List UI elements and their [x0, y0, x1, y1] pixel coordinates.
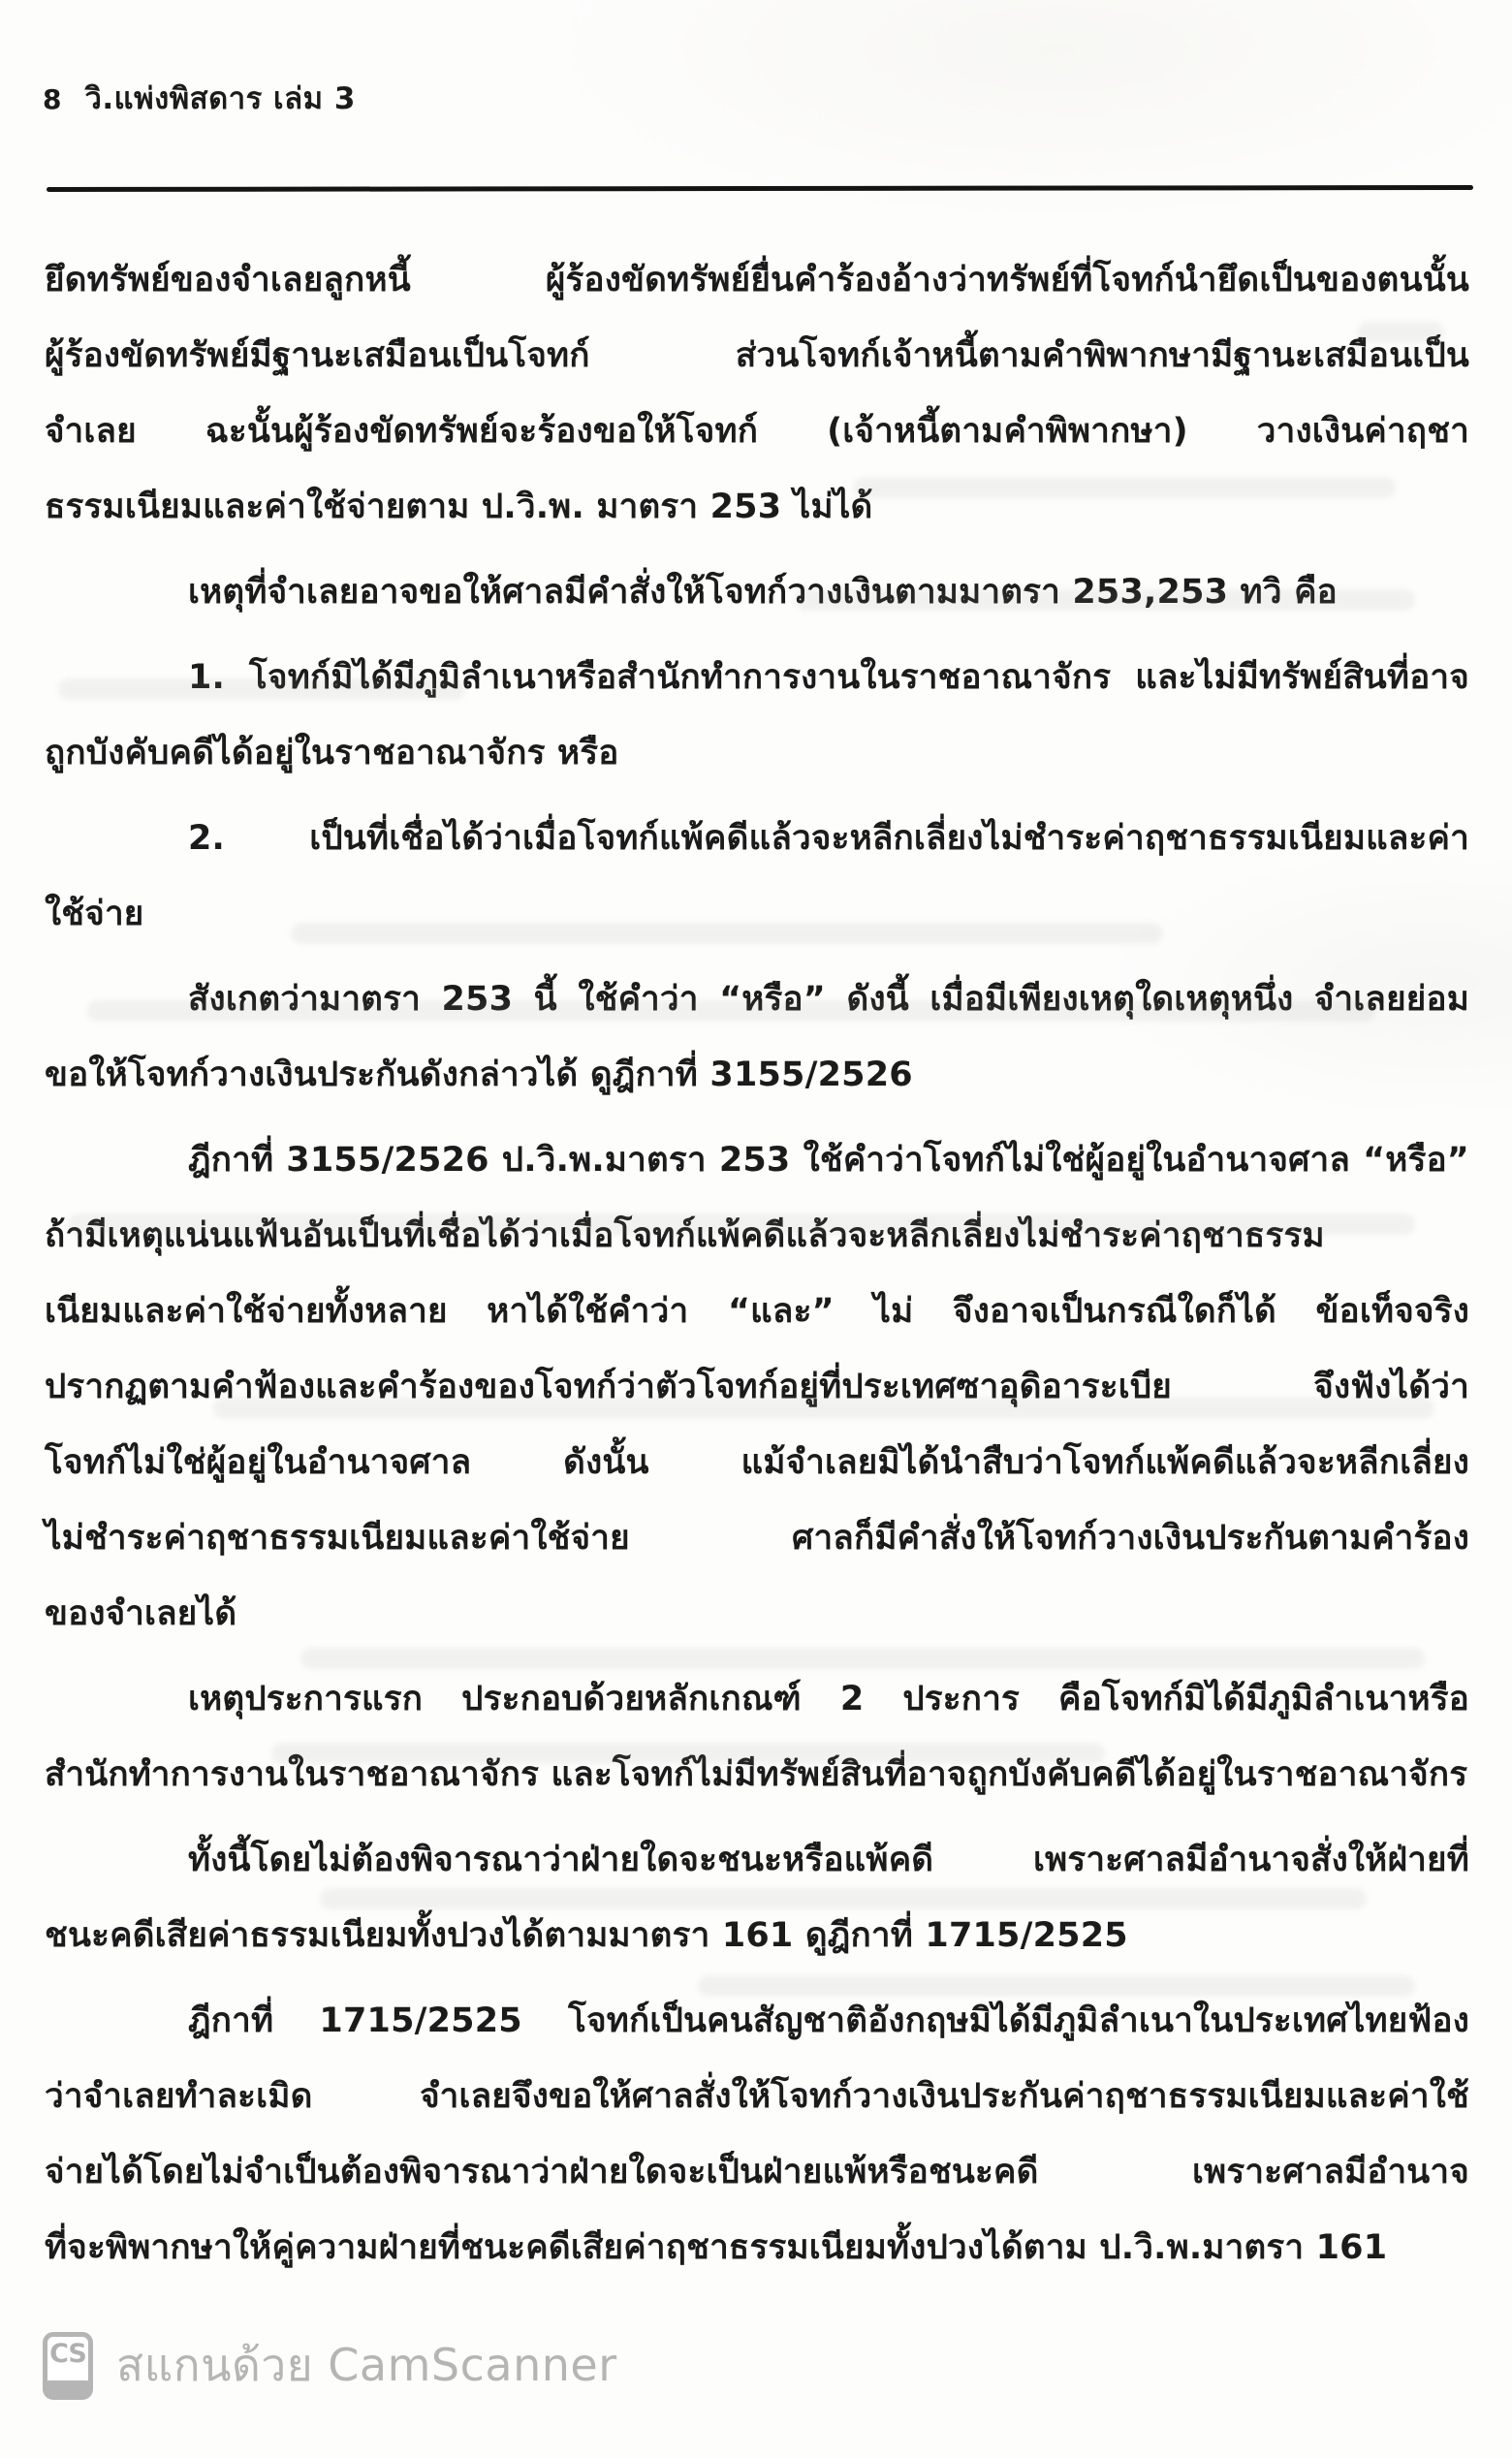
text-line: 1. โจทก์มิได้มีภูมิลำเนาหรือสำนักทำการงา… — [45, 640, 1469, 715]
paragraph: ฎีกาที่ 3155/2526 ป.วิ.พ.มาตรา 253 ใช้คำ… — [45, 1122, 1469, 1652]
text-line: ถ้ามีเหตุแน่นแฟ้นอันเป็นที่เชื่อได้ว่าเม… — [45, 1198, 1469, 1274]
text-line: ทั้งนี้โดยไม่ต้องพิจารณาว่าฝ่ายใดจะชนะหร… — [45, 1822, 1469, 1898]
text-line: เนียมและค่าใช้จ่ายทั้งหลาย หาได้ใช้คำว่า… — [45, 1274, 1469, 1349]
text-line: สำนักทำการงานในราชอาณาจักร และโจทก์ไม่มี… — [45, 1737, 1469, 1812]
bold-lead: ฎีกาที่ 1715/2525 — [188, 2001, 522, 2040]
camscanner-watermark: CS สแกนด้วย CamScanner — [43, 2330, 617, 2401]
text-line: ผู้ร้องขัดทรัพย์มีฐานะเสมือนเป็นโจทก์ ส่… — [45, 318, 1469, 394]
text-line: ชนะคดีเสียค่าธรรมเนียมทั้งปวงได้ตามมาตรา… — [45, 1898, 1469, 1973]
text-line: 2. เป็นที่เชื่อได้ว่าเมื่อโจทก์แพ้คดีแล้… — [45, 801, 1469, 876]
paragraph: 2. เป็นที่เชื่อได้ว่าเมื่อโจทก์แพ้คดีแล้… — [45, 801, 1469, 952]
paragraph: ฎีกาที่ 1715/2525 โจทก์เป็นคนสัญชาติอังก… — [45, 1983, 1469, 2285]
text-line: จำเลย ฉะนั้นผู้ร้องขัดทรัพย์จะร้องขอให้โ… — [45, 394, 1469, 469]
paragraph: เหตุประการแรก ประกอบด้วยหลักเกณฑ์ 2 ประก… — [45, 1661, 1469, 1812]
paragraph: สังเกตว่ามาตรา 253 นี้ ใช้คำว่า “หรือ” ด… — [45, 961, 1469, 1113]
camscanner-label: สแกนด้วย CamScanner — [116, 2330, 617, 2401]
paragraph: ยึดทรัพย์ของจำเลยลูกหนี้ ผู้ร้องขัดทรัพย… — [45, 242, 1469, 545]
camscanner-logo-icon: CS — [43, 2332, 93, 2400]
page-number: 8 — [43, 83, 61, 115]
header-rule — [47, 185, 1473, 192]
page-body: ยึดทรัพย์ของจำเลยลูกหนี้ ผู้ร้องขัดทรัพย… — [45, 242, 1469, 2295]
text-line: โจทก์ไม่ใช่ผู้อยู่ในอำนาจศาล ดังนั้น แม้… — [45, 1425, 1469, 1500]
bold-lead: ฎีกาที่ 3155/2526 — [188, 1141, 489, 1180]
text-line: ว่าจำเลยทำละเมิด จำเลยจึงขอให้ศาลสั่งให้… — [45, 2059, 1469, 2134]
book-title: วิ.แพ่งพิสดาร เล่ม 3 — [84, 74, 355, 122]
page-header: 8 วิ.แพ่งพิสดาร เล่ม 3 — [43, 74, 356, 122]
text-line: ถูกบังคับคดีได้อยู่ในราชอาณาจักร หรือ — [45, 715, 1469, 791]
text-line: ธรรมเนียมและค่าใช้จ่ายตาม ป.วิ.พ. มาตรา … — [45, 469, 1469, 545]
camscanner-logo-letters: CS — [49, 2339, 86, 2369]
text-line: จ่ายได้โดยไม่จำเป็นต้องพิจารณาว่าฝ่ายใดจ… — [45, 2134, 1469, 2210]
text-line: ฎีกาที่ 3155/2526 ป.วิ.พ.มาตรา 253 ใช้คำ… — [45, 1122, 1469, 1198]
text-line: ฎีกาที่ 1715/2525 โจทก์เป็นคนสัญชาติอังก… — [45, 1983, 1469, 2059]
paragraph: 1. โจทก์มิได้มีภูมิลำเนาหรือสำนักทำการงา… — [45, 640, 1469, 791]
text-line: ของจำเลยได้ — [45, 1576, 1469, 1652]
paragraph: เหตุที่จำเลยอาจขอให้ศาลมีคำสั่งให้โจทก์ว… — [45, 554, 1469, 630]
text-line: ที่จะพิพากษาให้คู่ความฝ่ายที่ชนะคดีเสียค… — [45, 2210, 1469, 2285]
text-line: ขอให้โจทก์วางเงินประกันดังกล่าวได้ ดูฎีก… — [45, 1037, 1469, 1113]
text-line: ใช้จ่าย — [45, 876, 1469, 952]
text-line: เหตุประการแรก ประกอบด้วยหลักเกณฑ์ 2 ประก… — [45, 1661, 1469, 1737]
text-line: ปรากฏตามคำฟ้องและคำร้องของโจทก์ว่าตัวโจท… — [45, 1349, 1469, 1425]
text-line: สังเกตว่ามาตรา 253 นี้ ใช้คำว่า “หรือ” ด… — [45, 961, 1469, 1037]
bold-lead: เหตุประการแรก — [188, 1680, 423, 1718]
text-line: ไม่ชำระค่าฤชาธรรมเนียมและค่าใช้จ่าย ศาลก… — [45, 1500, 1469, 1576]
text-line: เหตุที่จำเลยอาจขอให้ศาลมีคำสั่งให้โจทก์ว… — [45, 554, 1469, 630]
camscanner-logo-base — [47, 2380, 88, 2395]
scanned-page: 8 วิ.แพ่งพิสดาร เล่ม 3 ยึดทรัพย์ของจำเลย… — [0, 0, 1512, 2458]
text-line: ยึดทรัพย์ของจำเลยลูกหนี้ ผู้ร้องขัดทรัพย… — [45, 242, 1469, 318]
paragraph: ทั้งนี้โดยไม่ต้องพิจารณาว่าฝ่ายใดจะชนะหร… — [45, 1822, 1469, 1973]
